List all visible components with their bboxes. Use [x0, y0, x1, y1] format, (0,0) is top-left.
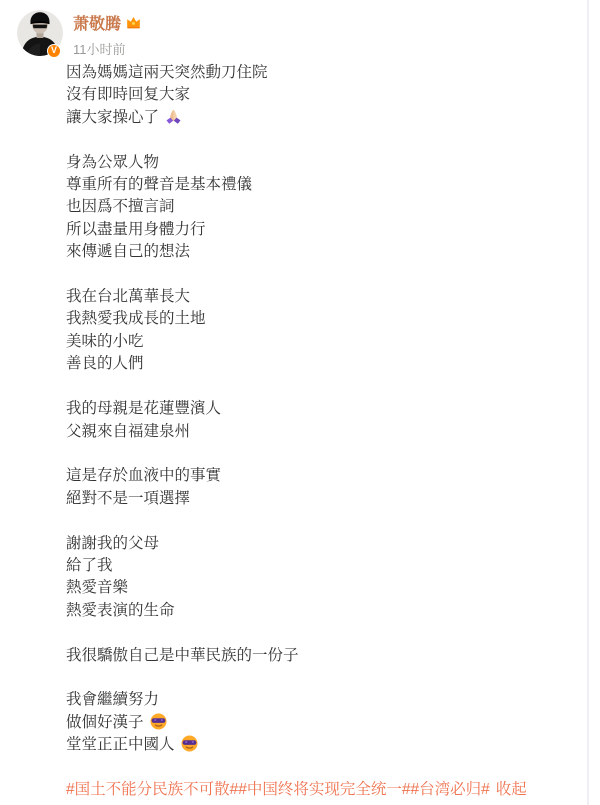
post-blank-line [66, 129, 586, 151]
post-blank-line [66, 622, 586, 644]
post-text: 尊重所有的聲音是基本禮儀 [66, 176, 252, 193]
post-text: 所以盡量用身體力行 [66, 221, 206, 238]
post-text: 給了我 [66, 557, 113, 574]
post-text: 美味的小吃 [66, 333, 144, 350]
post-line: 善良的人們 [66, 353, 586, 375]
username[interactable]: 萧敬腾 [73, 11, 121, 34]
post-text: 我熱愛我成長的土地 [66, 310, 206, 327]
post-line: 身為公眾人物 [66, 152, 586, 174]
post-line: 美味的小吃 [66, 331, 586, 353]
post-text: 這是存於血液中的事實 [66, 467, 221, 484]
post-text: 也因爲不擅言詞 [66, 198, 175, 215]
post-line: 我在台北萬華長大 [66, 286, 586, 308]
post-blank-line [66, 443, 586, 465]
post-text: 我會繼續努力 [66, 691, 159, 708]
hashtag-links[interactable]: #国土不能分民族不可散##中国终将实现完全统一##台湾必归# [66, 781, 490, 798]
post-line: 給了我 [66, 555, 586, 577]
avatar[interactable]: V [17, 10, 63, 56]
post-text: 父親來自福建泉州 [66, 423, 190, 440]
post-line: 也因爲不擅言詞 [66, 196, 586, 218]
post-text: 堂堂正正中國人 [66, 736, 175, 753]
post-line: 我熱愛我成長的土地 [66, 308, 586, 330]
card-right-border [587, 0, 589, 805]
post-line: 所以盡量用身體力行 [66, 219, 586, 241]
collapse-link[interactable]: 收起 [496, 781, 527, 798]
post-text: 我很驕傲自己是中華民族的一份子 [66, 647, 299, 664]
post-blank-line [66, 667, 586, 689]
post-text: 熱愛表演的生命 [66, 602, 175, 619]
post-text: 來傳遞自己的想法 [66, 243, 190, 260]
post-line: 我會繼續努力 [66, 689, 586, 711]
post-line: 讓大家操心了 [66, 107, 586, 129]
cool-face-emoji [181, 735, 198, 752]
post-line: 尊重所有的聲音是基本禮儀 [66, 174, 586, 196]
post-blank-line [66, 264, 586, 286]
timestamp[interactable]: 11小时前 [73, 39, 141, 58]
post-text: 身為公眾人物 [66, 154, 159, 171]
post-text: 善良的人們 [66, 355, 144, 372]
post-text: 我在台北萬華長大 [66, 288, 190, 305]
post-text: 做個好漢子 [66, 714, 144, 731]
post-content: 因為媽媽這兩天突然動刀住院沒有即時回复大家讓大家操心了 身為公眾人物尊重所有的聲… [66, 62, 586, 801]
post-line: #国土不能分民族不可散##中国终将实现完全统一##台湾必归#收起 [66, 779, 586, 801]
post-header: 萧敬腾 11小时前 [73, 13, 141, 58]
post-line: 熱愛音樂 [66, 577, 586, 599]
post-line: 堂堂正正中國人 [66, 734, 586, 756]
post-text: 謝謝我的父母 [66, 535, 159, 552]
post-line: 這是存於血液中的事實 [66, 465, 586, 487]
post-blank-line [66, 510, 586, 532]
post-blank-line [66, 757, 586, 779]
post-line: 做個好漢子 [66, 712, 586, 734]
folded-hands-emoji [165, 108, 182, 125]
post-line: 因為媽媽這兩天突然動刀住院 [66, 62, 586, 84]
post-text: 沒有即時回复大家 [66, 86, 190, 103]
post-line: 沒有即時回复大家 [66, 84, 586, 106]
vip-crown-icon [126, 16, 141, 29]
post-line: 我的母親是花蓮豐濱人 [66, 398, 586, 420]
post-line: 父親來自福建泉州 [66, 421, 586, 443]
post-line: 謝謝我的父母 [66, 533, 586, 555]
post-line: 熱愛表演的生命 [66, 600, 586, 622]
post-line: 來傳遞自己的想法 [66, 241, 586, 263]
post-text: 因為媽媽這兩天突然動刀住院 [66, 64, 268, 81]
post-blank-line [66, 376, 586, 398]
post-text: 我的母親是花蓮豐濱人 [66, 400, 221, 417]
cool-face-emoji [150, 713, 167, 730]
post-line: 我很驕傲自己是中華民族的一份子 [66, 645, 586, 667]
post-line: 絕對不是一項選擇 [66, 488, 586, 510]
verified-badge-icon: V [47, 44, 61, 58]
post-text: 讓大家操心了 [66, 109, 159, 126]
post-text: 熱愛音樂 [66, 579, 128, 596]
post-text: 絕對不是一項選擇 [66, 490, 190, 507]
